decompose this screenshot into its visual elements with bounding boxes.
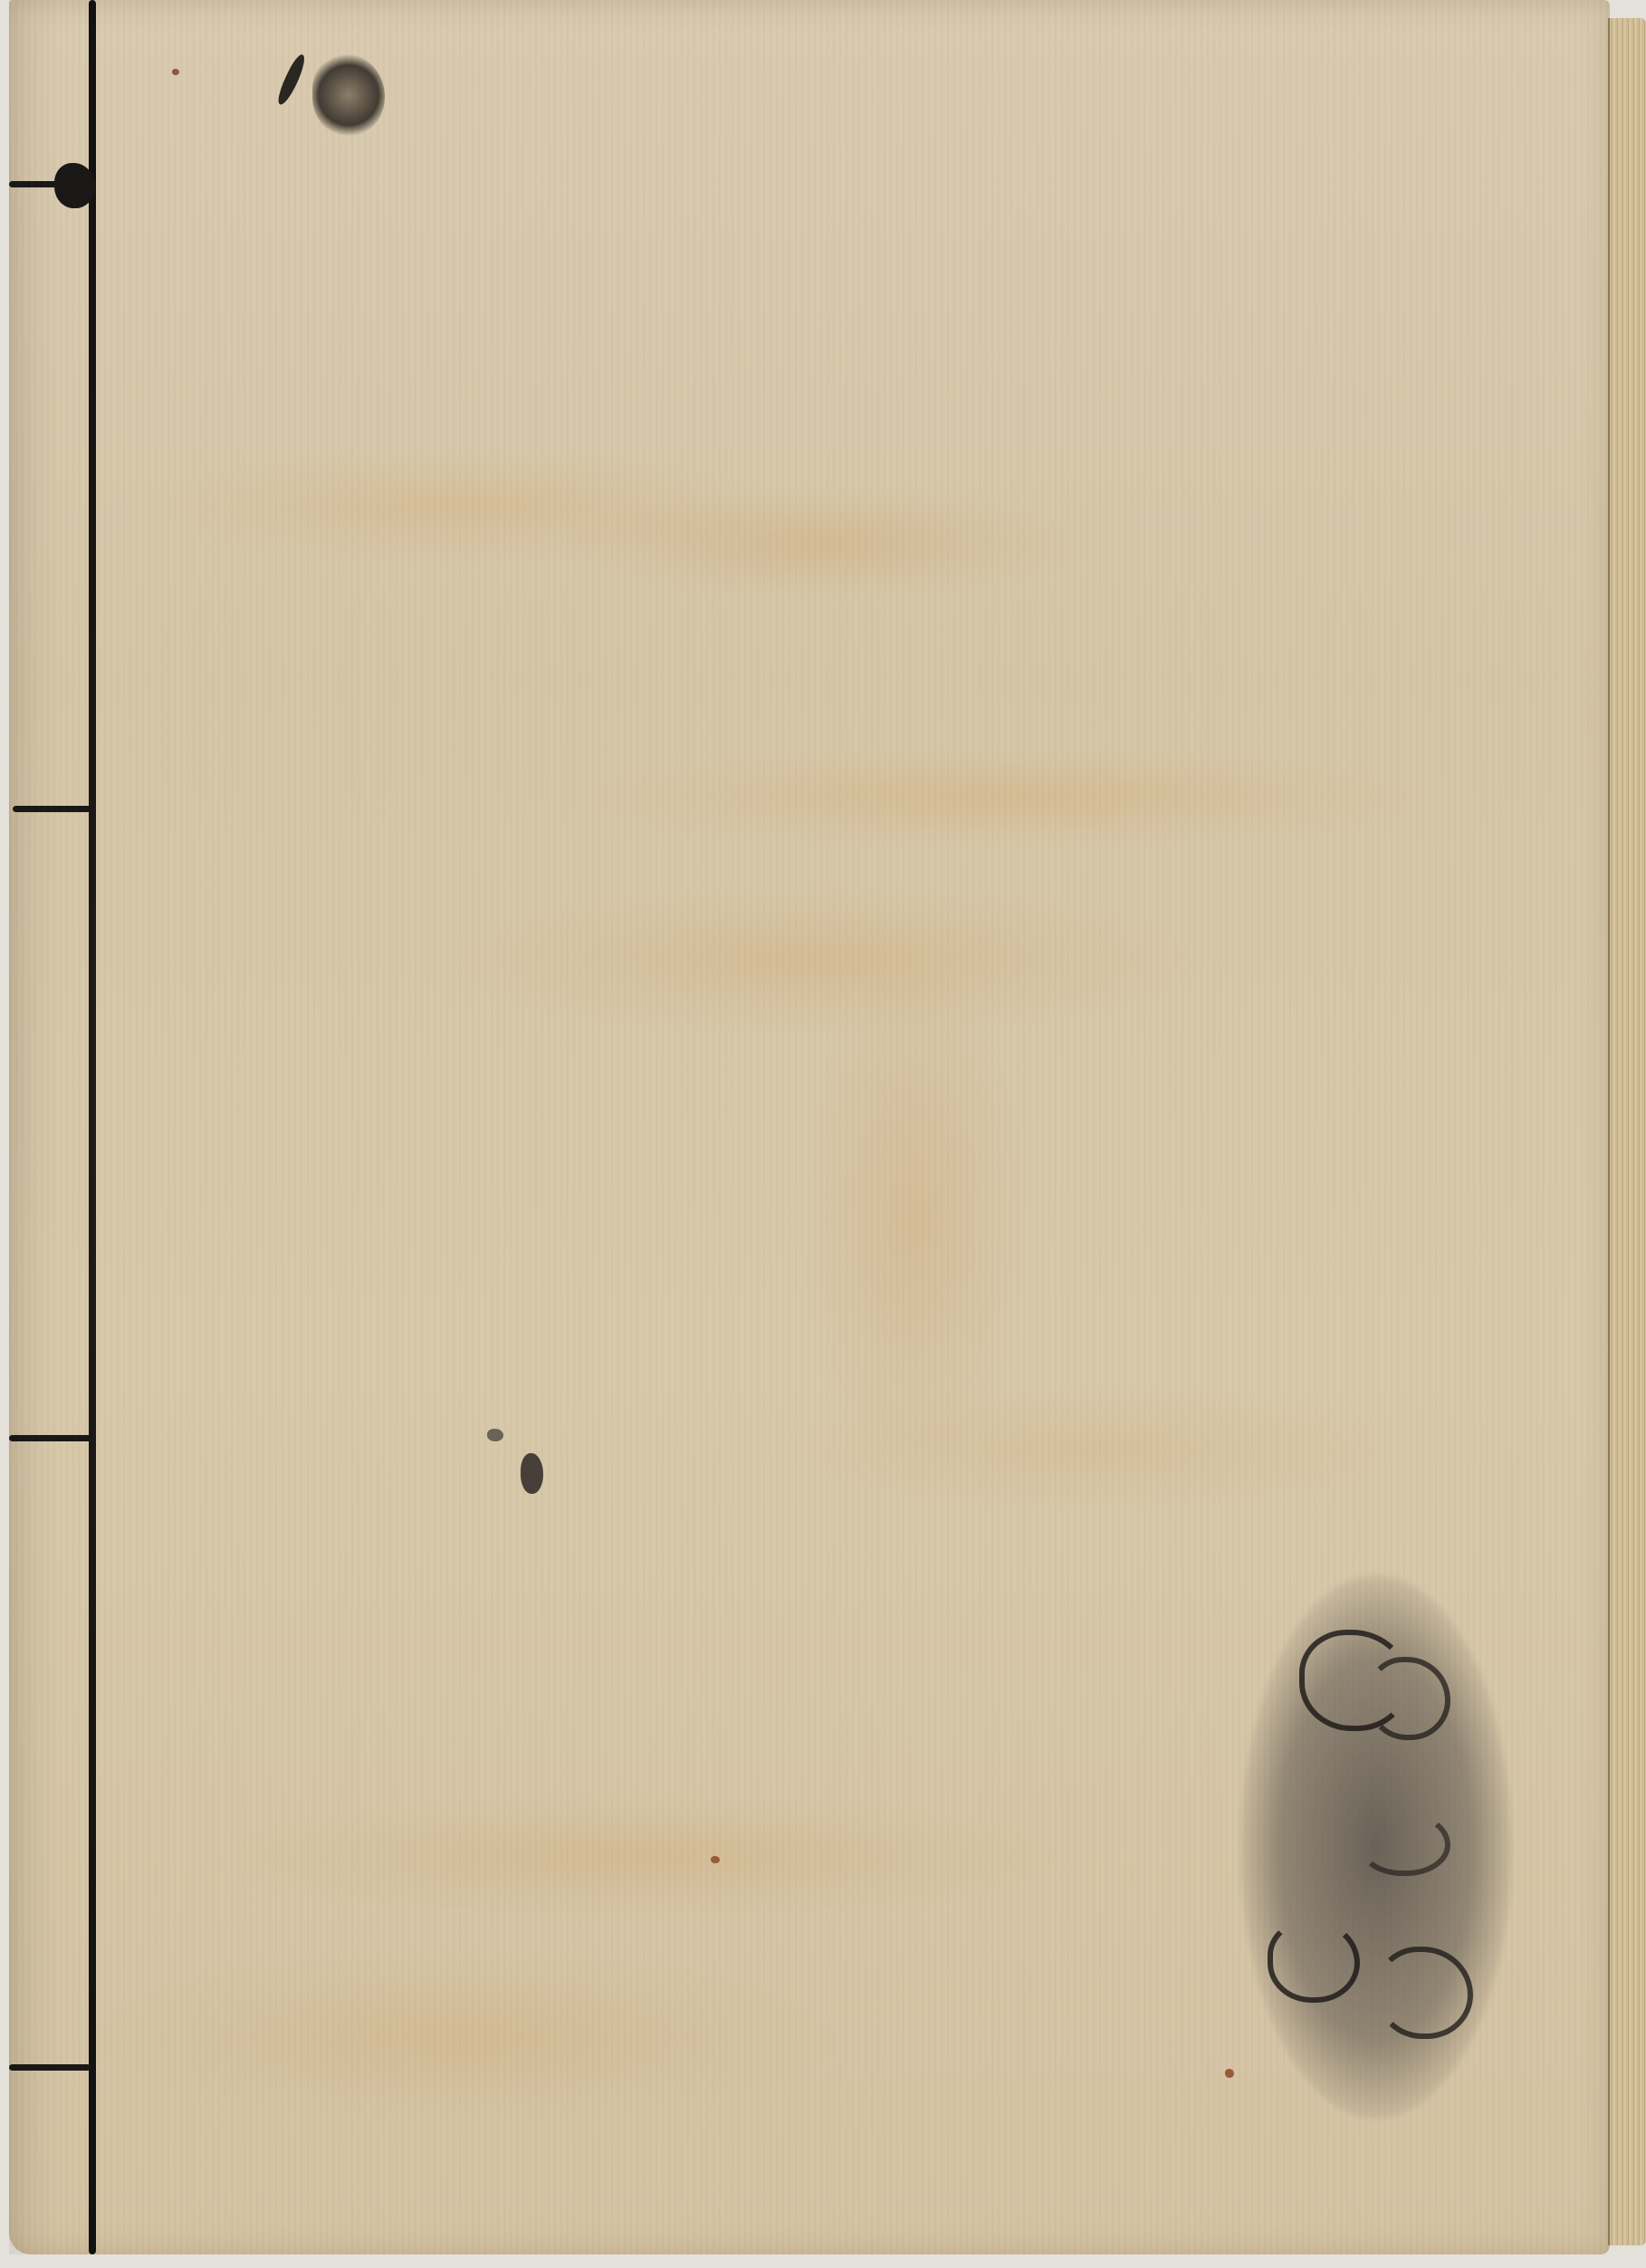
rust-spot-3 (172, 69, 179, 75)
rust-spot-1 (711, 1856, 720, 1863)
thread-knot (54, 163, 95, 208)
spine-fold (9, 0, 95, 2254)
page-block-edge (1608, 18, 1646, 2245)
book-cover (9, 0, 1610, 2254)
ink-streak (274, 53, 309, 107)
ink-ring-5 (1358, 1811, 1450, 1876)
ink-ring-4 (1376, 1947, 1473, 2039)
ink-blot-top (312, 54, 385, 136)
binding-thread-vertical (89, 0, 96, 2254)
binding-stitch-4 (9, 2064, 91, 2071)
binding-stitch-2 (13, 806, 96, 812)
binding-stitch-3 (9, 1435, 92, 1441)
ink-ring-3 (1268, 1919, 1360, 2003)
ink-ring-2 (1367, 1657, 1450, 1740)
rust-spot-2 (1225, 2069, 1234, 2078)
ink-fleck-2 (487, 1429, 503, 1441)
ink-fleck-1 (521, 1453, 543, 1494)
